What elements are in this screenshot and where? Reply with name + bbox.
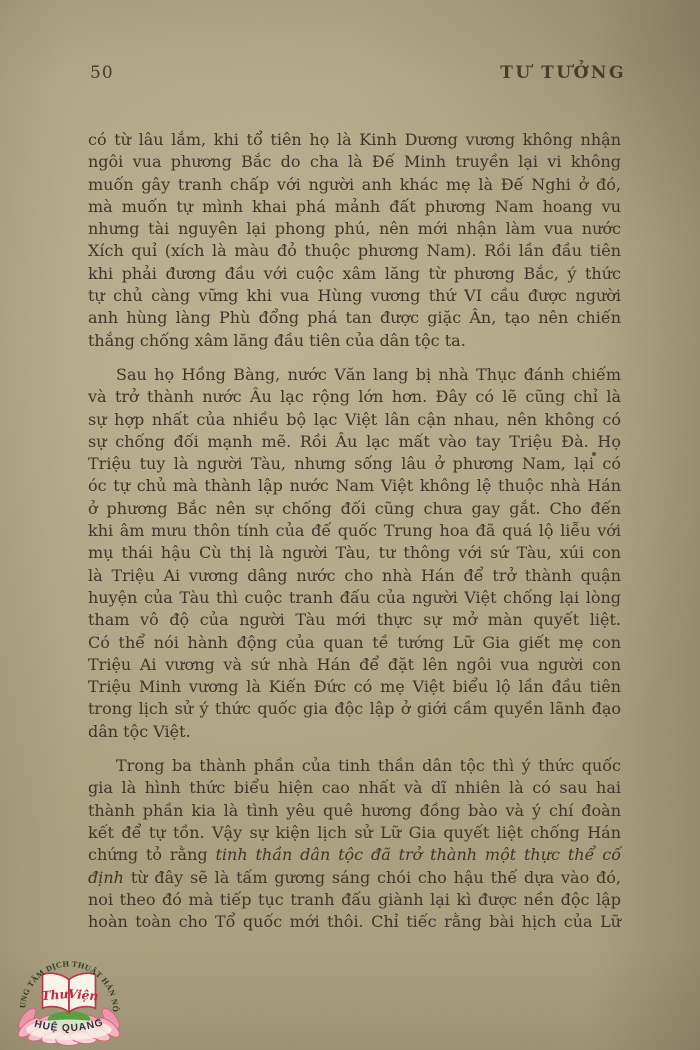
- text-line: tham vô độ của người Tàu mới thực sự mở …: [88, 609, 621, 631]
- text-line: thành phần kia là tình yêu quê hương đồn…: [88, 800, 621, 822]
- text-line: anh hùng làng Phù đổng phá tan được giặc…: [88, 307, 621, 329]
- text-line: tự chủ càng vững khi vua Hùng vương thứ …: [88, 285, 621, 307]
- text-line: là Triệu Ai vương dâng nước cho nhà Hán …: [88, 565, 621, 587]
- text-line: ở phương Bắc nên sự chống đối cũng chưa …: [88, 498, 621, 520]
- book-icon: Thư Viện: [41, 973, 99, 1012]
- text-line: và trở thành nước Âu lạc rộng lớn hơn. Đ…: [88, 386, 621, 408]
- text-line: Có thể nói hành động của quan tề tướng L…: [88, 632, 621, 654]
- text-line: mà muốn tự mình khai phá mảnh đất phương…: [88, 196, 621, 218]
- paragraph: Sau họ Hồng Bàng, nước Văn lang bị nhà T…: [88, 364, 621, 743]
- text-line: mụ thái hậu Cù thị là người Tàu, tư thôn…: [88, 542, 621, 564]
- text-line: dân tộc Việt.: [88, 721, 621, 743]
- text-line: noi theo đó mà tiếp tục tranh đấu giành …: [88, 889, 621, 911]
- paragraph: có từ lâu lắm, khi tổ tiên họ là Kinh Dư…: [88, 129, 621, 352]
- text-line: Trong ba thành phần của tinh thần dân tộ…: [88, 755, 621, 777]
- text-line: Triệu Ai vương và sứ nhà Hán để đặt lên …: [88, 654, 621, 676]
- paragraph: Trong ba thành phần của tinh thần dân tộ…: [88, 755, 621, 933]
- text-line: ngôi vua phương Bắc do cha là Đế Minh tr…: [88, 151, 621, 173]
- text-line: định từ đây sẽ là tấm gương sáng chói ch…: [88, 867, 621, 889]
- text-line: kết để tự tồn. Vậy sự kiện lịch sử Lữ Gi…: [88, 822, 621, 844]
- book-left-calligraphy: Thư: [41, 987, 70, 1003]
- text-column: có từ lâu lắm, khi tổ tiên họ là Kinh Dư…: [88, 129, 621, 933]
- text-line: sự hợp nhất của nhiều bộ lạc Việt lân cậ…: [88, 409, 621, 431]
- text-line: sự chống đối mạnh mẽ. Rồi Âu lạc mất vào…: [88, 431, 621, 453]
- text-line: Xích quỉ (xích là màu đỏ thuộc phương Na…: [88, 240, 621, 262]
- text-line: nhưng tài nguyên lại phong phú, nên mới …: [88, 218, 621, 240]
- text-line: muốn gây tranh chấp với người anh khác m…: [88, 174, 621, 196]
- text-line: trong lịch sử ý thức quốc gia độc lập ở …: [88, 698, 621, 720]
- page-header: 50 TƯ TƯỞNG: [0, 63, 700, 87]
- text-line: Triệu Minh vương là Kiến Đức có mẹ Việt …: [88, 676, 621, 698]
- text-line: có từ lâu lắm, khi tổ tiên họ là Kinh Dư…: [88, 129, 621, 151]
- text-line: khi âm mưu thôn tính của đế quốc Trung h…: [88, 520, 621, 542]
- page-number: 50: [90, 63, 114, 83]
- text-line: Triệu tuy là người Tàu, nhưng sống lâu ở…: [88, 453, 621, 475]
- scanned-book-page: 50 TƯ TƯỞNG có từ lâu lắm, khi tổ tiên h…: [0, 0, 700, 1050]
- running-title: TƯ TƯỞNG: [500, 63, 626, 83]
- text-line: khi phải đương đầu với cuộc xâm lăng từ …: [88, 263, 621, 285]
- text-line: huyện của Tàu thì cuộc tranh đấu của ngư…: [88, 587, 621, 609]
- text-line: gia là hình thức biểu hiện cao nhất và d…: [88, 777, 621, 799]
- text-line: thắng chống xâm lăng đầu tiên của dân tộ…: [88, 330, 621, 352]
- text-line: óc tự chủ mà thành lập nước Nam Việt khô…: [88, 475, 621, 497]
- text-line: Sau họ Hồng Bàng, nước Văn lang bị nhà T…: [88, 364, 621, 386]
- book-right-calligraphy: Viện: [67, 987, 99, 1004]
- ink-speck: [505, 163, 508, 166]
- text-line: hoàn toàn cho Tổ quốc mới thôi. Chỉ tiếc…: [88, 911, 621, 933]
- text-line: chứng tỏ rằng tinh thần dân tộc đã trở t…: [88, 844, 621, 866]
- huequang-stamp: Thư Viện TRUNG TÂM DỊCH THUẬT HÁN NÔM HU…: [13, 941, 125, 1047]
- ink-speck: [592, 452, 596, 456]
